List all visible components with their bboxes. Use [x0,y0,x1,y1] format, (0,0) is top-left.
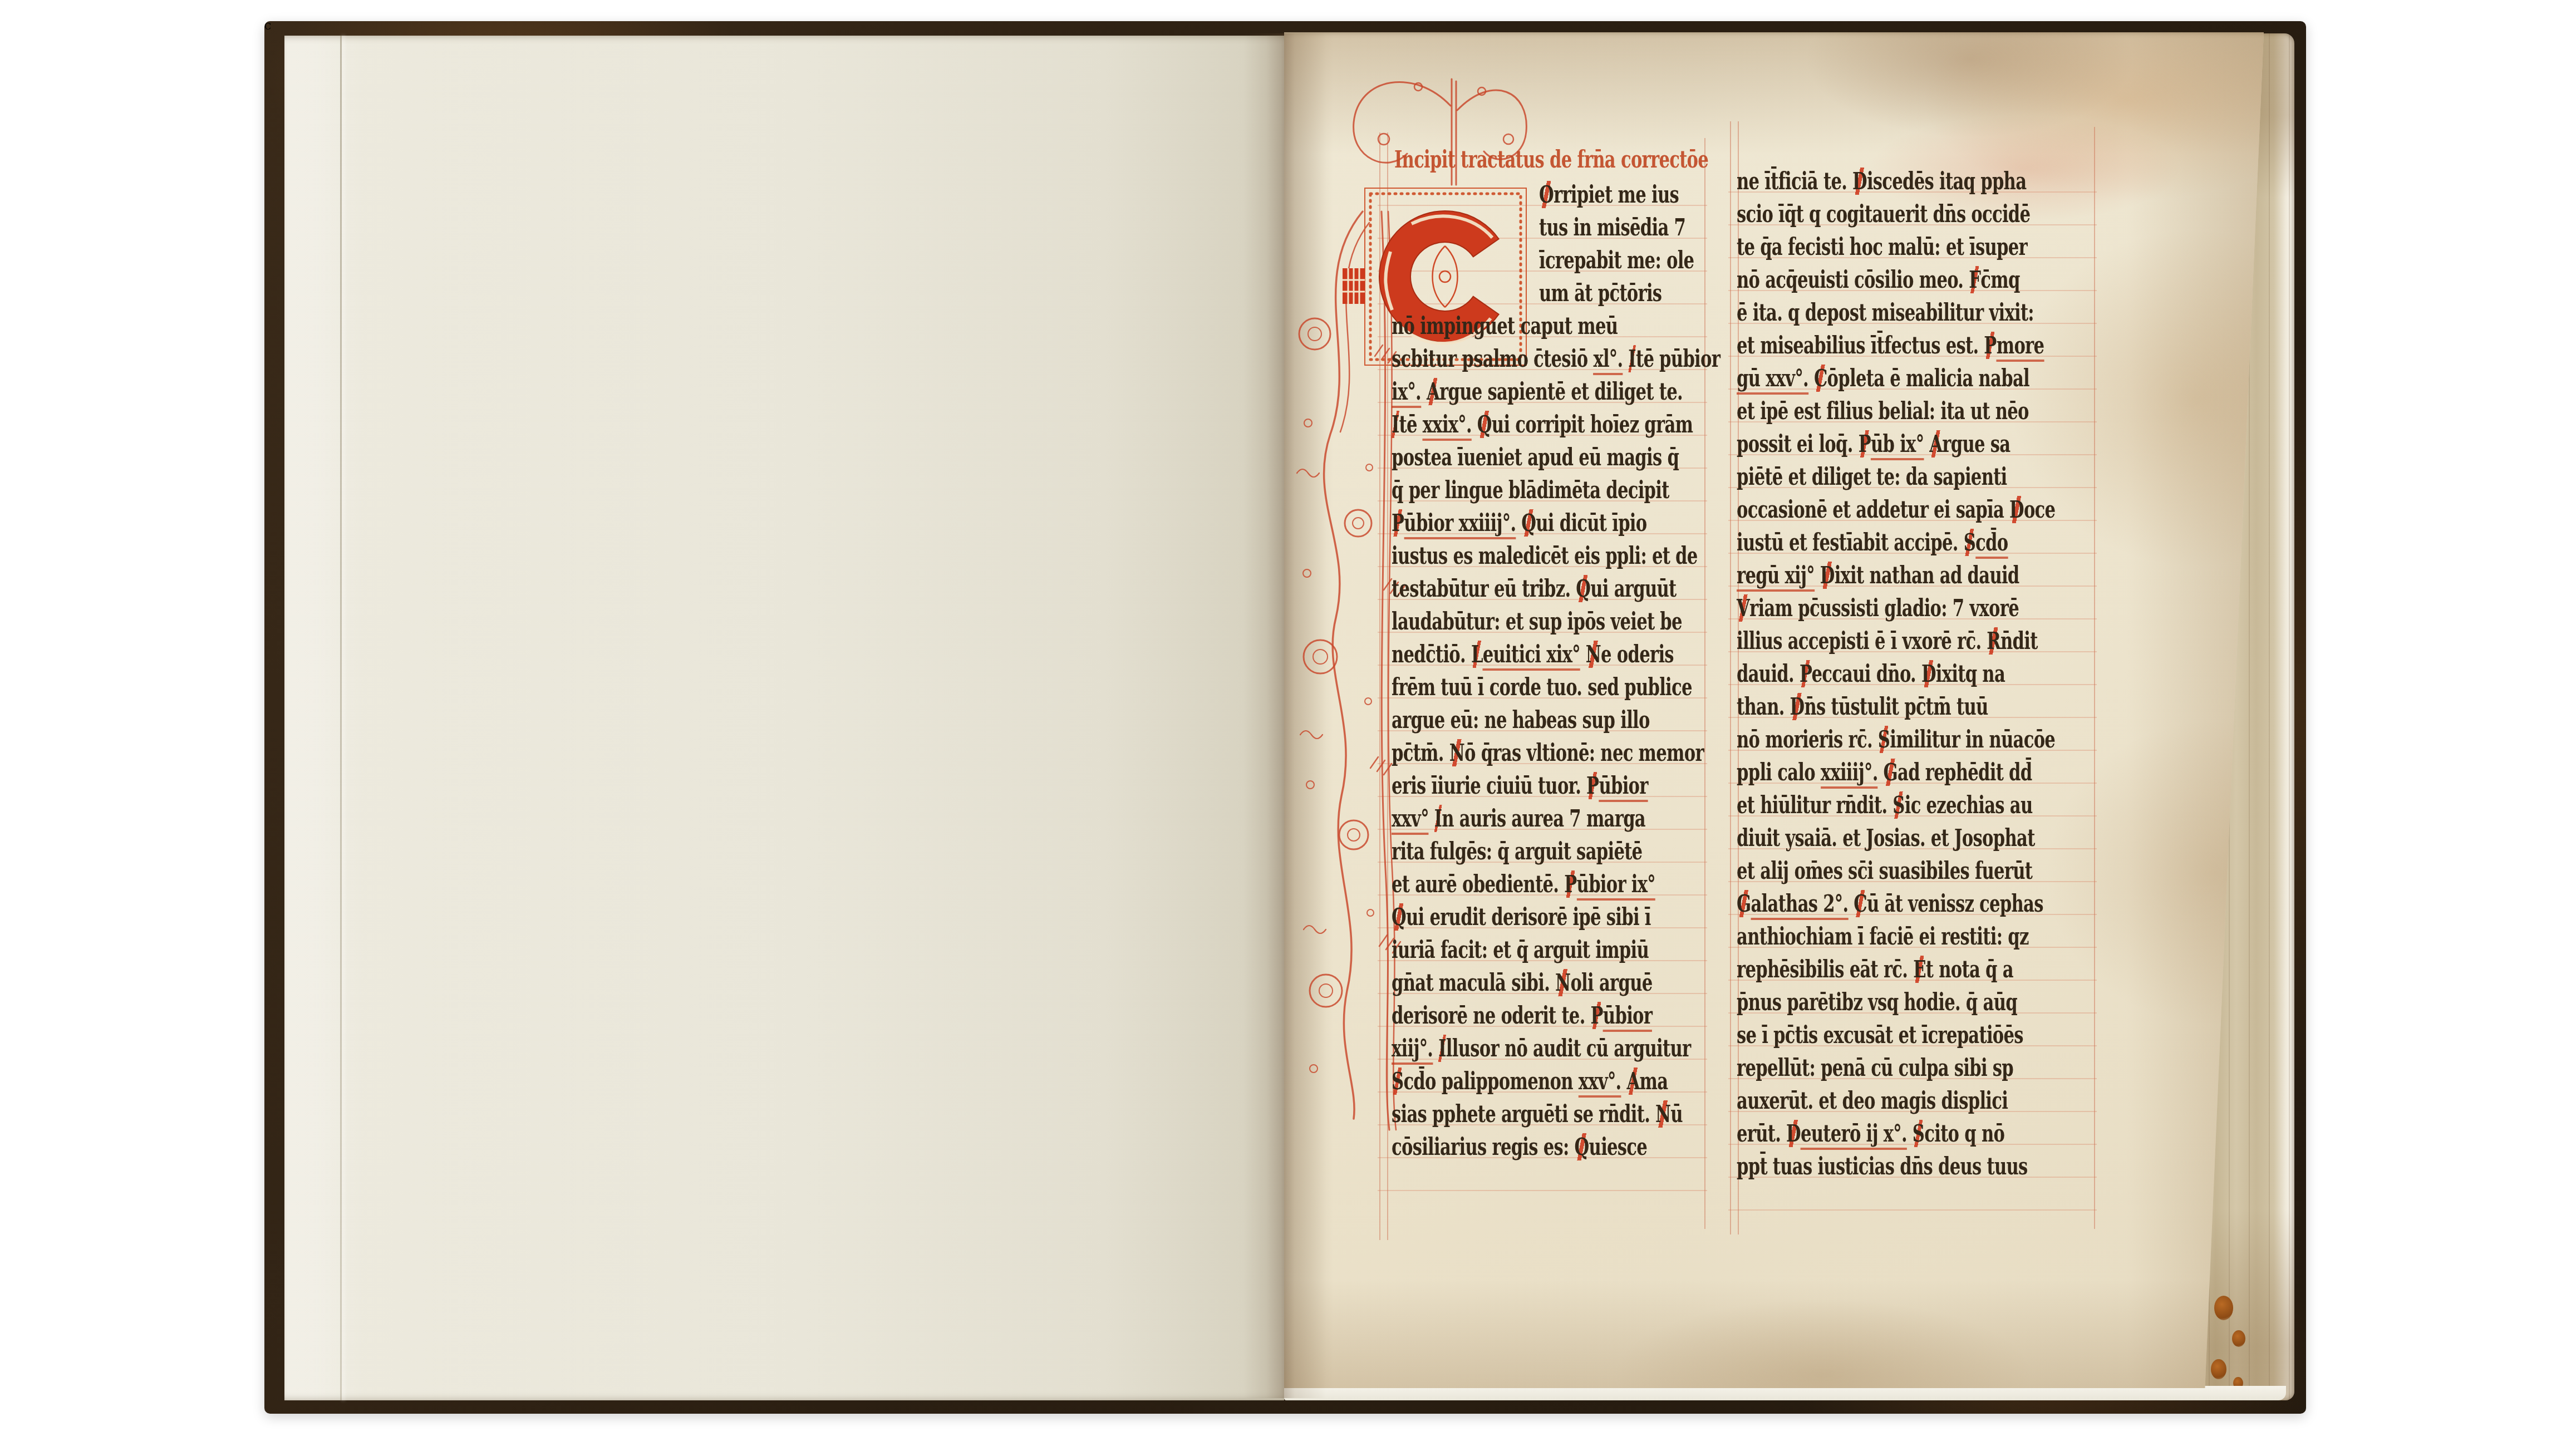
manuscript-text-line: auxerūt. et deo magis displici [1737,1087,2008,1114]
flyleaf-crease [340,36,342,1400]
manuscript-text-line: rita fulgēs: q̄ arguit sapiētē [1392,838,1642,865]
manuscript-text-line: derisorē ne oderit te. Pūbior [1392,1002,1652,1029]
manuscript-text-line: Pūbior xxiiij°. Qui dicūt īpio [1392,509,1646,537]
manuscript-text-line: sias pphete arguēti se rn̄dit. Nū [1392,1100,1683,1128]
manuscript-text-line: iustū et festīabit accipē. Scd̄o [1737,529,2008,556]
manuscript-text-line: Orripiet me ius [1539,181,1679,208]
manuscript-text-line: tus in misēdia 7 [1539,214,1685,241]
manuscript-text-line: p̄nus parētibz vsq hodie. q̄ aūq [1737,988,2017,1016]
manuscript-text-line: occasionē et addetur ei sapīa Doce [1737,496,2055,523]
manuscript-text-line: rephēsibilis eāt rc̄. Et nota q̄ a [1737,956,2013,983]
manuscript-text-line: erūt. Deuterō ij x°. Scito q nō [1737,1120,2004,1147]
rust-stain [2214,1296,2233,1320]
manuscript-text-line: nedc̄tiō. Leuitici xix° Ne oderis [1392,641,1674,668]
manuscript-text-line: q̄ per lingue blādimēta decipit [1392,476,1669,504]
manuscript-text-line: Scd̄o palippomenon xxv°. Ama [1392,1068,1668,1095]
manuscript-photo: C C Incipit tractatus de frn̄a correctō… [0,0,2566,1456]
manuscript-text-line: ix°. Argue sapientē et diliget te. [1392,378,1683,405]
manuscript-text-line: piētē et diliget te: da sapienti [1737,463,2007,490]
manuscript-text-line: Vriam pc̄ussisti gladio: 7 vxorē [1737,594,2019,622]
illuminated-initial-C [1343,185,1530,368]
manuscript-text-line: ne īt̄ficiā te. Discedēs itaq ppha [1737,168,2026,195]
manuscript-book: C C Incipit tractatus de frn̄a correctō… [264,21,2306,1414]
manuscript-text-line: regū xij° Dixit nathan ad dauid [1737,562,2019,589]
manuscript-text-line: iuriā facit: et q̄ arguit impiū [1392,936,1649,963]
manuscript-text-line: um āt pc̄tōris [1539,279,1661,307]
manuscript-text-line: ē ita. q depost miseabilitur vixit: [1737,299,2034,326]
manuscript-text-line: Itē xxix°. Qui corripit hoīez grām [1392,411,1693,438]
manuscript-text-line: gū xxv°. Cōpleta ē malicia nabal [1737,365,2029,392]
manuscript-text-line: possit ei loq̄. Pūb ix° Argue sa [1737,430,2010,458]
manuscript-text-line: nō morieris rc̄. Similitur in nūacōe [1737,726,2055,753]
manuscript-text-line: xxv° In auris aurea 7 marga [1392,805,1645,832]
rust-stain [2232,1330,2245,1347]
manuscript-text-line: dauid. Peccaui dn̄o. Dixitq na [1737,660,2005,687]
manuscript-text-line: cōsiliarius regis es: Quiesce [1392,1133,1647,1160]
manuscript-text-line: iustus es maledicēt eis ppli: et de [1392,542,1698,569]
manuscript-text-line: laudabūtur: et sup ipōs veiet be [1392,608,1682,635]
rust-stain [2211,1359,2226,1379]
manuscript-text-line: nō acq̄euisti cōsilio meo. Fc̄mq [1737,266,2020,293]
manuscript-text-line: than. Dn̄s tūstulit pc̄tm̄ tuū [1737,693,1988,720]
manuscript-text-line: illius accepisti ē ī vxorē rc̄. Rn̄dit [1737,627,2038,655]
manuscript-text-line: et miseabilius īt̄fectus est. Pmore [1737,332,2044,359]
manuscript-text-line: anthiochiam ī faciē ei restiti: qz [1737,923,2029,950]
manuscript-text-line: postea īueniet apud eū magis q̄ [1392,444,1679,471]
manuscript-text-line: testabūtur eū tribz. Qui arguūt [1392,575,1677,602]
manuscript-text-line: īcrepabit me: ole [1539,247,1694,274]
manuscript-text-line: et ipē est filius belial: ita ut nēo [1737,397,2029,425]
manuscript-text-line: et alij om̄es sc̄i suasibiles fuerūt [1737,857,2032,884]
manuscript-text-line: Qui erudit derisorē ipē sibi ī [1392,903,1651,931]
manuscript-text-line: et hiūlitur rn̄dit. Sic ezechias au [1737,791,2033,819]
manuscript-text-line: ppt̄ tuas iusticias dn̄s deus tuus [1737,1153,2028,1180]
manuscript-text-line: argue eū: ne habeas sup illo [1392,706,1650,734]
initial-letter-value: C [271,21,272,22]
manuscript-text-line: se ī pc̄tis excusāt et īcrepatiōēs [1737,1021,2023,1049]
manuscript-text-line: et aurē obedientē. Pūbior ix° [1392,870,1655,898]
manuscript-text-line: gn̄at maculā sibi. Noli arguē [1392,969,1653,996]
manuscript-text-line: pc̄tm̄. Nō q̄ras vltionē: nec memor [1392,739,1704,766]
manuscript-text-line: diuit ysaiā. et Josias. et Josophat [1737,824,2035,852]
manuscript-text-line: te q̄a fecisti hoc malū: et īsuper [1737,233,2027,260]
manuscript-text-line: Galathas 2°. Cū āt venissz cephas [1737,890,2043,917]
manuscript-text-line: repellūt: penā cū culpa sibi sp [1737,1054,2013,1081]
manuscript-text-line: frēm tuū ī corde tuo. sed publice [1392,673,1692,701]
blank-left-page [284,36,1284,1400]
manuscript-text-line: scbitur psalmo c̄tesiō xl°. Itē pūbior [1392,345,1720,372]
manuscript-text-line: nō impinguet caput meū [1392,312,1618,340]
manuscript-text-line: xiij°. Illusor nō audit cū arguitur [1392,1035,1690,1062]
manuscript-text-line: eris īiurie ciuiū tuor. Pūbior [1392,772,1648,799]
manuscript-text-line: scio īq̄t q cogitauerit dn̄s occidē [1737,200,2030,228]
manuscript-text-line: ppli calo xxiiij°. Gad rephēdit dd̄ [1737,759,2032,786]
incipit-rubric: Incipit tractatus de frn̄a correctōe [1394,146,1708,173]
